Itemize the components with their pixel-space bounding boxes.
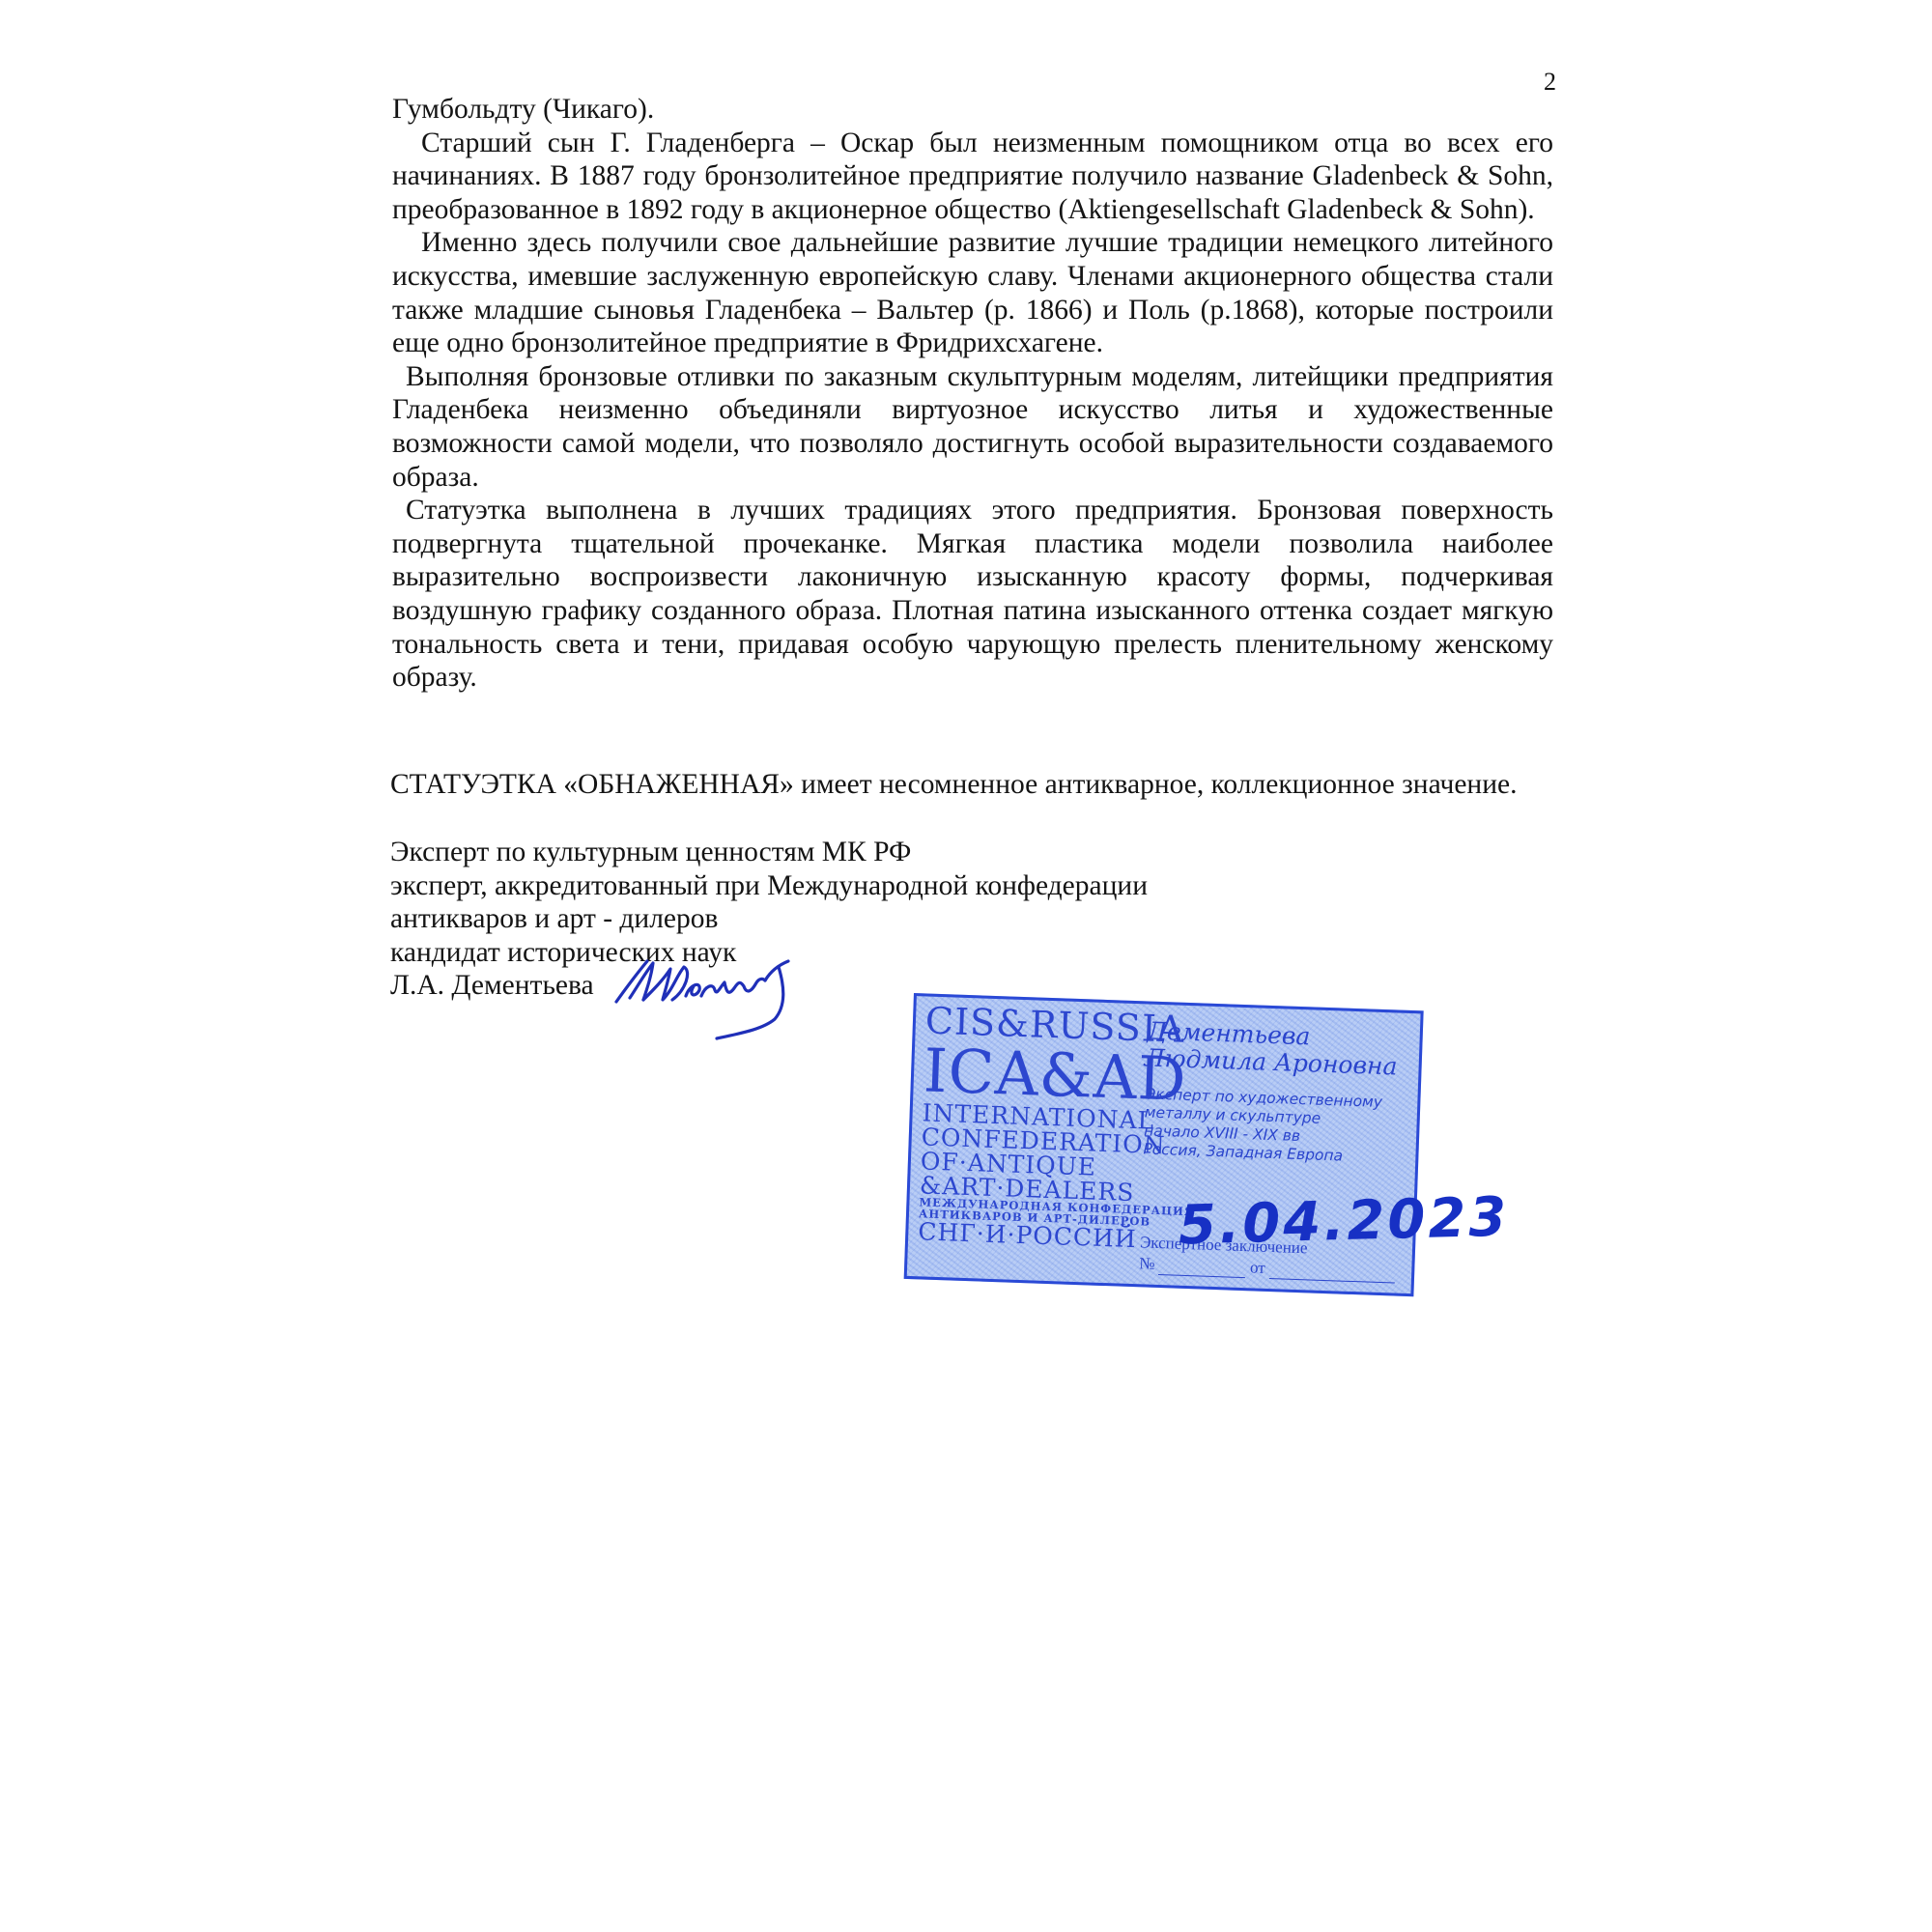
stamp-expert-info: Дементьева Людмила Ароновна Эксперт по х… [1143,1017,1423,1168]
paragraph-traditions: Именно здесь получили свое дальнейшие ра… [392,226,1553,359]
credential-line: антикваров и арт - дилеров [390,902,1148,936]
stamp-number-field [1158,1261,1245,1278]
credential-line: эксперт, аккредитованный при Международн… [390,869,1148,903]
conclusion-statement: СТАТУЭТКА «ОБНАЖЕННАЯ» имеет несомненное… [390,768,1517,801]
stamp-specialization: Эксперт по художественному металлу и ску… [1143,1085,1420,1168]
paragraph-continuation: Гумбольдту (Чикаго). [392,93,1553,127]
paragraph-casting: Выполняя бронзовые отливки по заказным с… [392,360,1553,494]
stamp-from-label: от [1250,1258,1265,1277]
stamp-number-label: № [1139,1254,1155,1273]
body-text: Гумбольдту (Чикаго). Старший сын Г. Глад… [392,93,1553,695]
stamp-org-ru-big: СНГ·И·РОССИЙ [918,1219,1139,1251]
stamp-date-field [1269,1264,1395,1284]
paragraph-gladenbeck-sohn: Старший сын Г. Гладенберга – Оскар был н… [392,127,1553,227]
stamp-icaad: ICA&AD [923,1040,1145,1108]
handwritten-signature [609,952,840,1048]
stamp-organization-logo: CIS&RUSSIA ICA&AD INTERNATIONAL CONFEDER… [918,1002,1147,1251]
credential-line: Эксперт по культурным ценностям МК РФ [390,836,1148,869]
paragraph-statuette-description: Статуэтка выполнена в лучших традициях э… [392,494,1553,695]
handwritten-date: 5.04.2023 [1178,1186,1510,1258]
